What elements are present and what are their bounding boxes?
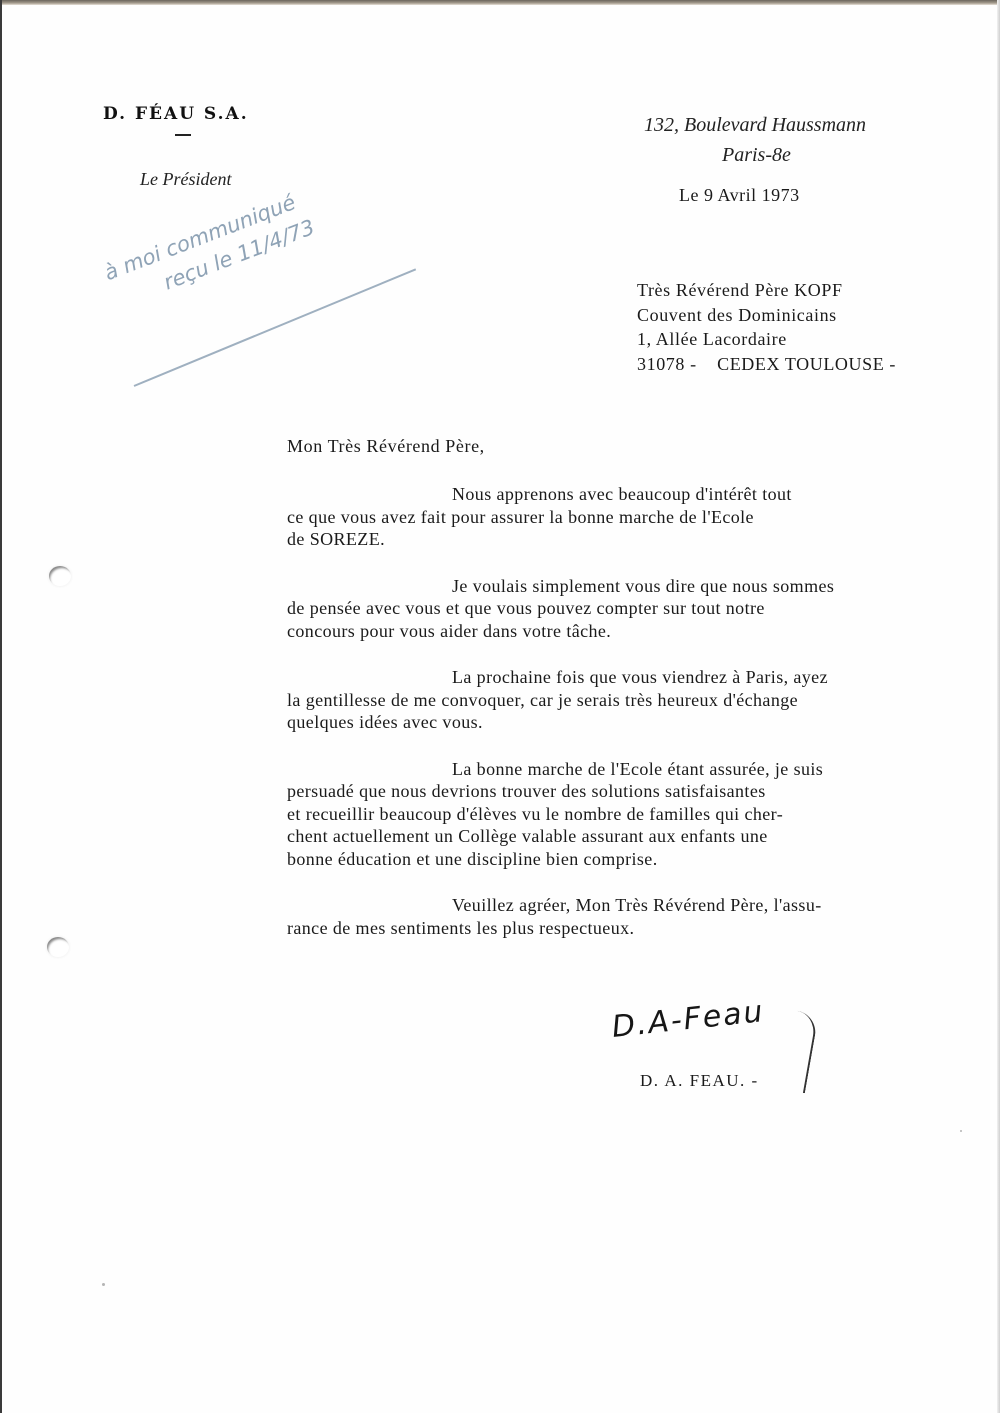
body-line: rance de mes sentiments les plus respect…	[287, 917, 987, 940]
body-line: de SOREZE.	[287, 528, 987, 551]
paragraph-5: Veuillez agréer, Mon Très Révérend Père,…	[287, 894, 987, 939]
body-line: Je voulais simplement vous dire que nous…	[287, 575, 987, 598]
recipient-line: Couvent des Dominicains	[637, 303, 896, 328]
paper-speck	[102, 1283, 105, 1286]
salutation: Mon Très Révérend Père,	[287, 436, 485, 457]
body-line: chent actuellement un Collège valable as…	[287, 825, 987, 848]
paragraph-1: Nous apprenons avec beaucoup d'intérêt t…	[287, 483, 987, 551]
recipient-address: Très Révérend Père KOPF Couvent des Domi…	[637, 278, 896, 376]
handwritten-signature: D.A-Feau	[610, 994, 766, 1045]
paragraph-3: La prochaine fois que vous viendrez à Pa…	[287, 666, 987, 734]
body-line: Nous apprenons avec beaucoup d'intérêt t…	[287, 483, 987, 506]
sender-address-street: 132, Boulevard Haussmann	[644, 114, 866, 137]
recipient-line: Très Révérend Père KOPF	[637, 278, 896, 303]
sender-address-city: Paris-8e	[722, 144, 791, 167]
body-line: ce que vous avez fait pour assurer la bo…	[287, 506, 987, 529]
body-line: quelques idées avec vous.	[287, 711, 987, 734]
paragraph-2: Je voulais simplement vous dire que nous…	[287, 575, 987, 643]
page-left-edge	[0, 0, 2, 1413]
letter-body: Nous apprenons avec beaucoup d'intérêt t…	[287, 483, 987, 963]
recipient-line: 31078 - CEDEX TOULOUSE -	[637, 352, 896, 377]
body-line: bonne éducation et une discipline bien c…	[287, 848, 987, 871]
body-line: La bonne marche de l'Ecole étant assurée…	[287, 758, 987, 781]
body-line: La prochaine fois que vous viendrez à Pa…	[287, 666, 987, 689]
body-line: la gentillesse de me convoquer, car je s…	[287, 689, 987, 712]
recipient-line: 1, Allée Lacordaire	[637, 327, 896, 352]
body-line: persuadé que nous devrions trouver des s…	[287, 780, 987, 803]
sender-title: Le Président	[140, 169, 232, 190]
page-top-edge	[0, 0, 1000, 5]
body-line: de pensée avec vous et que vous pouvez c…	[287, 597, 987, 620]
letter-page: D. FÉAU S.A. Le Président 132, Boulevard…	[0, 0, 1000, 1413]
body-line: et recueillir beaucoup d'élèves vu le no…	[287, 803, 987, 826]
letter-date: Le 9 Avril 1973	[679, 185, 800, 206]
body-line: Veuillez agréer, Mon Très Révérend Père,…	[287, 894, 987, 917]
paper-speck	[960, 1130, 962, 1132]
signature-flourish	[783, 1011, 819, 1094]
punch-hole-icon	[47, 937, 69, 957]
punch-hole-icon	[49, 566, 71, 586]
letterhead-dash	[175, 134, 191, 136]
company-name: D. FÉAU S.A.	[103, 104, 249, 124]
handwritten-annotation: à moi communiqué reçu le 11/4/73	[100, 184, 319, 316]
paragraph-4: La bonne marche de l'Ecole étant assurée…	[287, 758, 987, 871]
body-line: concours pour vous aider dans votre tâch…	[287, 620, 987, 643]
typed-signature-name: D. A. FEAU. -	[640, 1071, 759, 1091]
